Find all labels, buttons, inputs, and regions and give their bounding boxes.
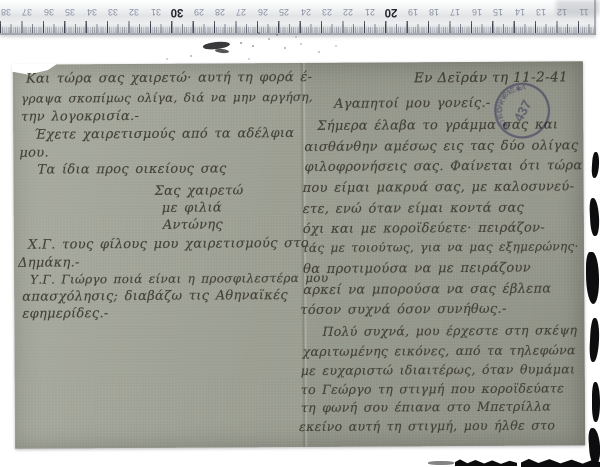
letter-sheet: Εν Δεϊράν τη 11-2-41 Και τώρα σας χαιρετ… [13, 61, 585, 448]
pencil-smudge [215, 48, 229, 53]
photo-edge-artifact [586, 252, 599, 304]
handwritten-line: το Γεώργο τη στιγμή που κοροϊδεύατε [301, 380, 564, 397]
handwritten-line: γραψα σκοπίμως ολίγα, διά να μην αργήση, [21, 90, 313, 106]
ruler-number: 25 [275, 7, 293, 17]
ruler-number: 17 [446, 7, 464, 17]
handwritten-line: αρκεί να μπορούσα να σας έβλεπα [303, 281, 551, 298]
ruler-number: 20 [382, 6, 400, 18]
handwritten-line: τη φωνή σου έπιανα στο Μπετρίλλα [301, 398, 551, 415]
handwritten-line: που είμαι μακρυά σας, με καλοσυνεύ- [303, 179, 575, 196]
handwritten-line: Χ.Γ. τους φίλους μου χαιρετισμούς στο [28, 236, 309, 253]
handwritten-line: τόσον συχνά όσον συνήθως.- [300, 302, 506, 318]
handwritten-line: τάς με τοιούτως, για να μας εξημερώνης· [302, 239, 579, 255]
ruler-number: 36 [40, 7, 58, 17]
handwritten-line: ετε, ενώ όταν είμαι κοντά σας [303, 201, 524, 217]
handwritten-line: φιλοφρονήσεις σας. Φαίνεται ότι τώρα [304, 158, 582, 175]
ruler-number: 35 [61, 7, 79, 17]
ruler-number: 29 [190, 7, 208, 17]
handwritten-line: απασχόλησις; διαβάζω τις Αθηναϊκές [22, 288, 288, 305]
handwritten-line: όχι και με κοροϊδεύετε· πειράζον- [303, 220, 545, 236]
handwritten-line: Αντώνης [163, 217, 223, 232]
censorship-stamp: ΛΟΓΟΚΡΙΣΙΑ ✱ ΑΘΗΝΩΝ ✱ 437 [489, 77, 555, 143]
photo-edge-artifact [589, 318, 600, 362]
stamp-number: 437 [511, 98, 535, 125]
ruler-number: 14 [511, 7, 529, 17]
handwritten-line: με φιλιά [162, 200, 222, 215]
ruler-number: 13 [532, 7, 550, 17]
ruler-number: 16 [468, 7, 486, 17]
handwritten-line: Υ.Γ. Γιώργο ποιά είναι η προσφιλεστέρα μ… [30, 271, 328, 287]
ruler-number: 32 [125, 7, 143, 17]
ruler-number: 23 [318, 7, 336, 17]
ruler-number: 31 [147, 7, 165, 17]
handwritten-line: θα προτιμούσα να με πειράζουν [303, 261, 531, 277]
ruler-ticks-cm [0, 21, 594, 33]
ruler-number: 30 [168, 6, 186, 18]
handwritten-line: Αγαπητοί μου γονείς.- [334, 96, 491, 112]
ruler-number: 22 [339, 7, 357, 17]
handwritten-line: Σας χαιρετώ [155, 183, 244, 199]
photo-edge-artifact [588, 428, 600, 465]
ruler-number: 19 [404, 7, 422, 17]
ruler-number: 33 [104, 7, 122, 17]
handwritten-line: Έχετε χαιρετισμούς από τα αδέλφια [34, 126, 294, 143]
ruler-number: 21 [361, 7, 379, 17]
ruler-number: 34 [83, 7, 101, 17]
handwritten-line: Δημάκη.- [18, 255, 80, 270]
photo-edge-artifact [592, 382, 600, 422]
ruler-number: 15 [489, 7, 507, 17]
ruler-number: 28 [211, 7, 229, 17]
handwritten-line: την λογοκρισία.- [21, 109, 139, 125]
photo-corner-shading [556, 0, 600, 15]
letter-photograph: 3837363534333231302928272625242322212019… [0, 0, 600, 467]
handwritten-line: Και τώρα σας χαιρετώ· αυτή τη φορά έ- [26, 70, 313, 87]
ruler-number: 24 [297, 7, 315, 17]
ruler-edge [0, 33, 594, 35]
handwritten-line: εκείνο αυτή τη στιγμή, μου ήλθε στο [299, 417, 555, 434]
handwritten-line: Πολύ συχνά, μου έρχεστε στη σκέψη [322, 322, 577, 339]
ruler-number: 27 [232, 7, 250, 17]
handwritten-line: εφημερίδες.- [22, 306, 108, 322]
handwritten-line: Τα ίδια προς οικείους σας [37, 161, 226, 177]
ruler-number: 37 [18, 7, 36, 17]
photo-edge-artifact [521, 458, 600, 467]
photo-edge-artifact [455, 459, 517, 466]
dust-speckles [240, 42, 242, 44]
ruler-number: 38 [0, 7, 15, 17]
ruler-number: 26 [254, 7, 272, 17]
handwritten-line: χαριτωμένης εικόνες, από τα τηλεφώνα [303, 342, 576, 359]
handwritten-line: με ευχαριστώ ιδιαιτέρως, όταν θυμάμαι [301, 361, 576, 378]
ruler-number: 18 [425, 7, 443, 17]
photo-edge-artifact [589, 198, 600, 236]
handwritten-line: μου. [19, 146, 49, 161]
photo-edge-artifact [591, 152, 600, 178]
ruler: 3837363534333231302928272625242322212019… [0, 0, 596, 35]
photo-edge-artifact [428, 461, 454, 465]
